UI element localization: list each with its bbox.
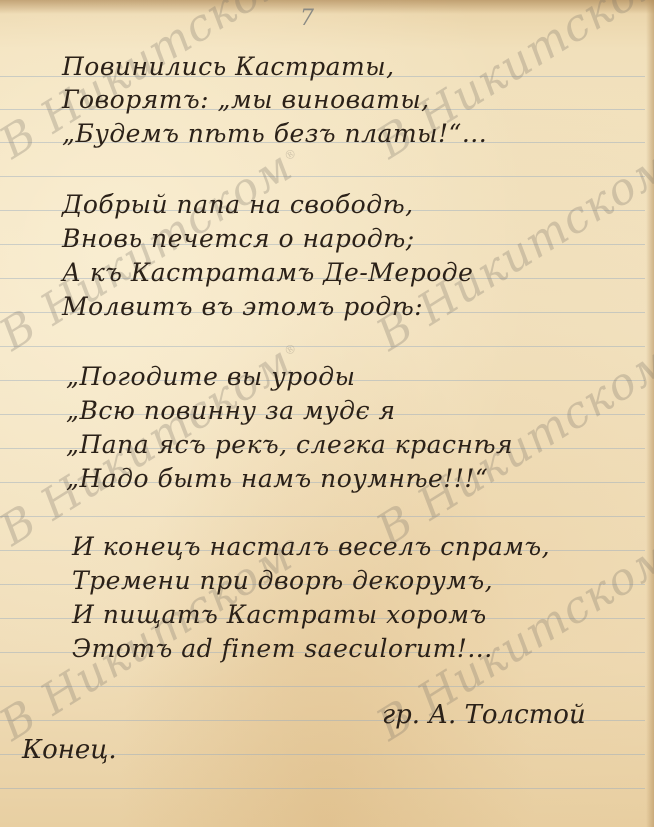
- manuscript-page: 7 В Никитском® В Никитском® В Никитском®…: [0, 0, 654, 827]
- verse-line: А къ Кастратамъ Де-Мероде: [62, 260, 473, 285]
- verse-line: Тремени при дворѣ декорумъ,: [72, 568, 493, 593]
- verse-line: „Погодите вы уроды: [66, 364, 356, 389]
- verse-line: Повинились Кастраты,: [62, 54, 395, 79]
- manuscript-text: Повинились Кастраты, Говорятъ: „мы винов…: [0, 0, 654, 827]
- verse-line: Вновь печется о народѣ;: [62, 226, 415, 251]
- verse-line: Этотъ ad finem saeculorum!...: [72, 636, 493, 661]
- verse-line: И конецъ насталъ веселъ спрамъ,: [72, 534, 550, 559]
- verse-line: „Всю повинну за мудє я: [66, 398, 396, 423]
- verse-line: Добрый папа на свободѣ,: [62, 192, 414, 217]
- verse-line: „Надо быть намъ поумнѣе!!!“: [66, 466, 488, 491]
- verse-line: „Будемъ пѣть безъ платы!“...: [62, 121, 487, 146]
- verse-line: Молвитъ въ этомъ родѣ:: [62, 294, 423, 319]
- end-mark: Конец.: [22, 735, 117, 765]
- author-signature: гр. А. Толстой: [382, 700, 586, 730]
- verse-line: Говорятъ: „мы виноваты,: [62, 87, 430, 112]
- verse-line: И пищатъ Кастраты хоромъ: [72, 602, 487, 627]
- verse-line: „Папа ясъ рекъ, слегка краснѣя: [66, 432, 513, 457]
